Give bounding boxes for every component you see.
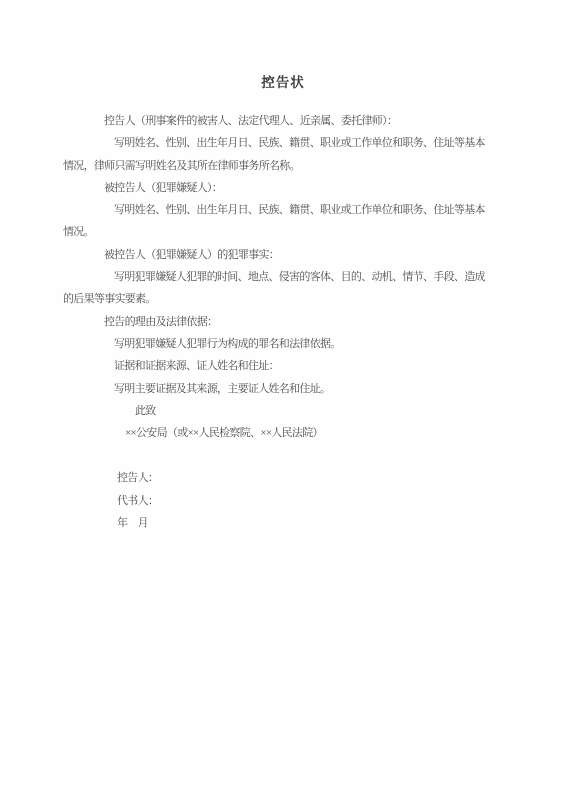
- document-paragraph: 写明姓名、性别、出生年月日、民族、籍贯、职业或工作单位和职务、住址等基本情况。: [63, 199, 488, 244]
- document-page: 控告状 控告人（刑事案件的被害人、法定代理人、近亲属、委托律师）：写明姓名、性别…: [0, 0, 566, 800]
- document-paragraph: 写明犯罪嫌疑人犯罪行为构成的罪名和法律依据。: [63, 333, 488, 355]
- salute-line: 此致: [63, 400, 488, 422]
- document-paragraph: 控告人（刑事案件的被害人、法定代理人、近亲属、委托律师）：: [63, 110, 488, 132]
- closing-block: 此致 ××公安局（或××人民检察院、××人民法院）: [63, 400, 488, 445]
- document-body: 控告人（刑事案件的被害人、法定代理人、近亲属、委托律师）：写明姓名、性别、出生年…: [63, 110, 488, 400]
- document-paragraph: 写明主要证据及其来源，主要证人姓名和住址。: [63, 378, 488, 400]
- scribe-signature-line: 代书人：: [63, 490, 488, 512]
- accuser-signature-line: 控告人：: [63, 467, 488, 489]
- signature-block: 控告人： 代书人： 年 月: [63, 467, 488, 534]
- document-paragraph: 写明犯罪嫌疑人犯罪的时间、地点、侵害的客体、目的、动机、情节、手段、造成的后果等…: [63, 266, 488, 311]
- document-paragraph: 写明姓名、性别、出生年月日、民族、籍贯、职业或工作单位和职务、住址等基本情况，律…: [63, 132, 488, 177]
- document-paragraph: 被控告人（犯罪嫌疑人）的犯罪事实：: [63, 244, 488, 266]
- recipient-line: ××公安局（或××人民检察院、××人民法院）: [63, 422, 488, 444]
- date-line: 年 月: [63, 512, 488, 534]
- document-paragraph: 控告的理由及法律依据：: [63, 311, 488, 333]
- document-paragraph: 证据和证据来源、证人姓名和住址：: [63, 355, 488, 377]
- document-paragraph: 被控告人（犯罪嫌疑人）：: [63, 177, 488, 199]
- document-title: 控告状: [0, 74, 566, 91]
